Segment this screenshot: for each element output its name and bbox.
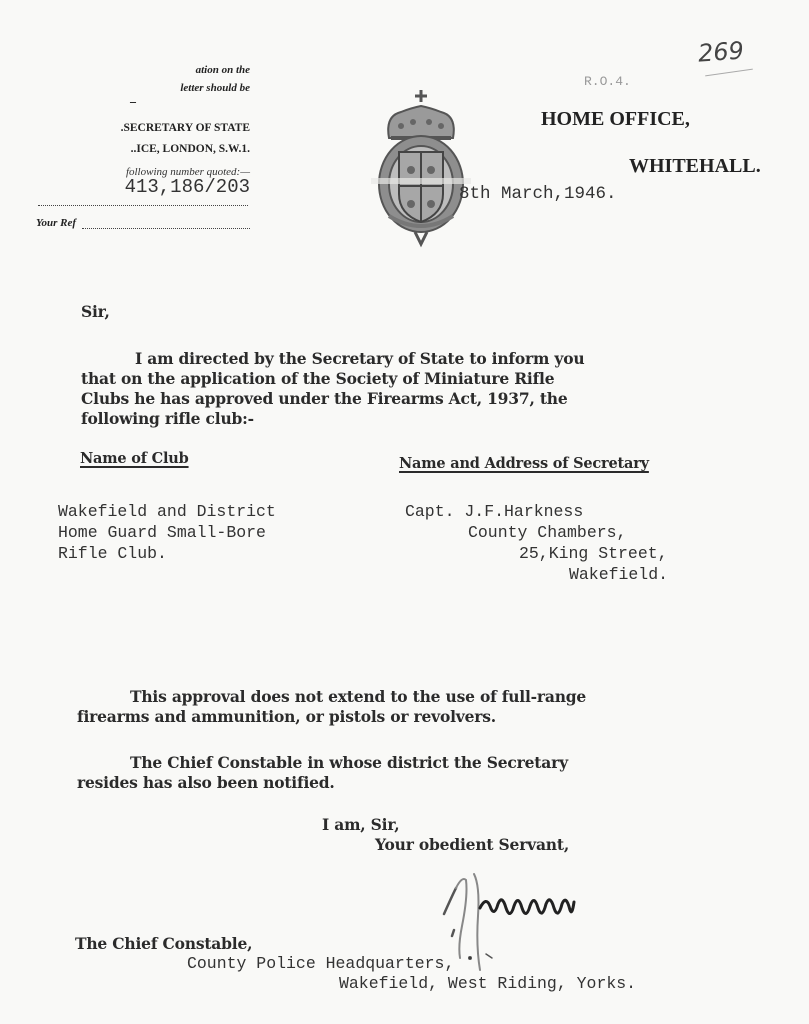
your-ref-label: Your Ref: [36, 217, 76, 229]
secretary-line2: County Chambers,: [468, 523, 626, 542]
letter-date: 8th March,1946.: [459, 184, 617, 204]
left-header-line1: ation on the: [196, 64, 250, 76]
para1-line1: I am directed by the Secretary of State …: [135, 349, 584, 368]
para2-line1: This approval does not extend to the use…: [130, 687, 586, 706]
para1-line3: Clubs he has approved under the Firearms…: [81, 389, 568, 408]
para3-line1: The Chief Constable in whose district th…: [130, 753, 568, 772]
secretary-column-header: Name and Address of Secretary: [399, 455, 649, 472]
home-office-heading: HOME OFFICE,: [541, 108, 690, 131]
salutation: Sir,: [81, 302, 110, 321]
signature-icon: [415, 848, 595, 958]
club-column-header: Name of Club: [80, 450, 189, 467]
club-line3: Rifle Club.: [58, 544, 167, 563]
secretary-line4: Wakefield.: [569, 565, 668, 584]
closing-line1: I am, Sir,: [322, 815, 399, 834]
page-number-underline: [705, 69, 753, 77]
secretary-line1: Capt. J.F.Harkness: [405, 502, 583, 521]
para1-line4: following rifle club:-: [81, 409, 254, 428]
addressee-line2: County Police Headquarters,: [187, 954, 454, 973]
reference-code: R.O.4.: [584, 74, 631, 89]
page-number: 269: [697, 36, 745, 67]
secretary-line3: 25,King Street,: [519, 544, 668, 563]
addressee-line1: The Chief Constable,: [75, 934, 252, 953]
reference-number: 413,186/203: [125, 176, 250, 198]
ref-number-dotted-line: [38, 205, 248, 206]
addressee-line3: Wakefield, West Riding, Yorks.: [339, 974, 636, 993]
left-header-dash: —: [130, 98, 136, 109]
club-line1: Wakefield and District: [58, 502, 276, 521]
club-line2: Home Guard Small-Bore: [58, 523, 266, 542]
left-header-line2: letter should be: [180, 82, 250, 94]
left-header-london: ..ICE, LONDON, S.W.1.: [131, 143, 250, 155]
para1-line2: that on the application of the Society o…: [81, 369, 554, 388]
para3-line2: resides has also been notified.: [77, 773, 335, 792]
whitehall-heading: WHITEHALL.: [629, 155, 761, 178]
left-header-secretary: .SECRETARY OF STATE: [121, 122, 250, 134]
royal-crest-icon: [352, 68, 452, 233]
your-ref-dotted-line: [82, 228, 250, 229]
para2-line2: firearms and ammunition, or pistols or r…: [77, 707, 496, 726]
